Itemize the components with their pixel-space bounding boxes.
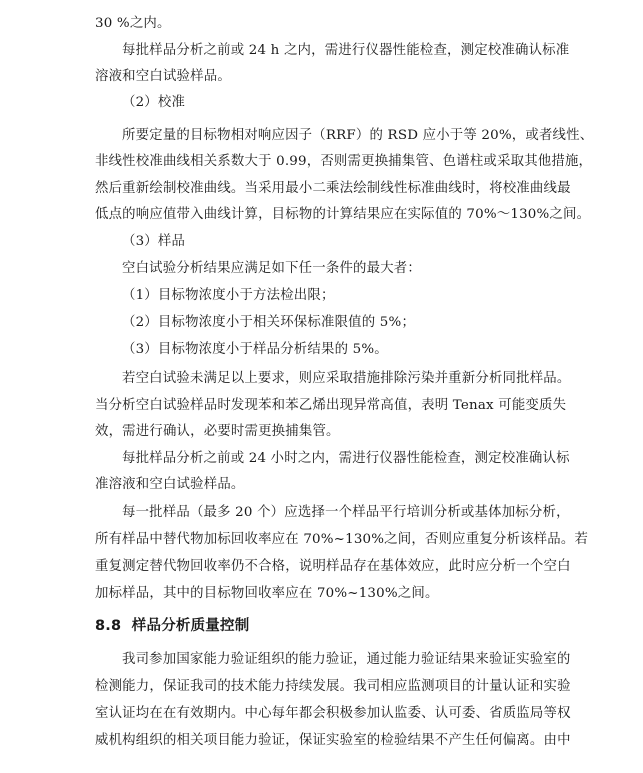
section-number: 8.8 (95, 618, 121, 634)
text-line: 威机构组织的相关项目能力验证，保证实验室的检验结果不产生任何偏离。由中 (95, 731, 571, 751)
text-line: 溶液和空白试验样品。 (95, 67, 231, 87)
text-line: 室认证均在在有效期内。中心每年都会积极参加认监委、认可委、省质监局等权 (95, 704, 571, 724)
text-line: 每批样品分析之前或 24 h 之内，需进行仪器性能检查，测定校准确认标准 (122, 41, 569, 61)
subsection-heading: （2）校准 (122, 93, 185, 113)
text-line: 重复测定替代物回收率仍不合格，说明样品存在基体效应，此时应分析一个空白 (95, 557, 571, 577)
text-line: 我司参加国家能力验证组织的能力验证，通过能力验证结果来验证实验室的 (122, 650, 571, 670)
text-line: 非线性校准曲线相关系数大于 0.99，否则需更换捕集管、色谱柱或采取其他措施， (95, 152, 592, 172)
list-item: （1）目标物浓度小于方法检出限； (122, 286, 335, 306)
section-title: 样品分析质量控制 (132, 618, 250, 634)
text-line: 空白试验分析结果应满足如下任一条件的最大者： (122, 259, 421, 279)
text-line: 加标样品，其中的目标物回收率应在 70%~130%之间。 (95, 584, 439, 604)
text-line: 当分析空白试验样品时发现苯和苯乙烯出现异常高值，表明 Tenax 可能变质失 (95, 396, 566, 416)
text-line: 每一批样品（最多 20 个）应选择一个样品平行培训分析或基体加标分析， (122, 503, 570, 523)
text-line: 每批样品分析之前或 24 小时之内，需进行仪器性能检查，测定校准确认标 (122, 449, 570, 469)
text-line: 准溶液和空白试验样品。 (95, 475, 245, 495)
text-line: 低点的响应值带入曲线计算，目标物的计算结果应在实际值的 70%～130%之间。 (95, 205, 590, 225)
text-line: 然后重新绘制校准曲线。当采用最小二乘法绘制线性标准曲线时，将校准曲线最 (95, 179, 571, 199)
subsection-heading: （3）样品 (122, 232, 185, 252)
text-line: 若空白试验未满足以上要求，则应采取措施排除污染并重新分析同批样品。 (122, 369, 571, 389)
list-item: （3）目标物浓度小于样品分析结果的 5%。 (122, 340, 388, 360)
list-item: （2）目标物浓度小于相关环保标准限值的 5%； (122, 313, 415, 333)
text-line: 效，需进行确认，必要时需更换捕集管。 (95, 422, 340, 442)
text-line: 所要定量的目标物相对响应因子（RRF）的 RSD 应小于等 20%，或者线性、 (122, 126, 593, 146)
section-heading: 8.8 样品分析质量控制 (95, 616, 249, 636)
text-line: 所有样品中替代物加标回收率应在 70%~130%之间，否则应重复分析该样品。若 (95, 530, 588, 550)
text-line: 30 %之内。 (95, 14, 171, 34)
text-line: 检测能力，保证我司的技术能力持续发展。我司相应监测项目的计量认证和实验 (95, 677, 571, 697)
